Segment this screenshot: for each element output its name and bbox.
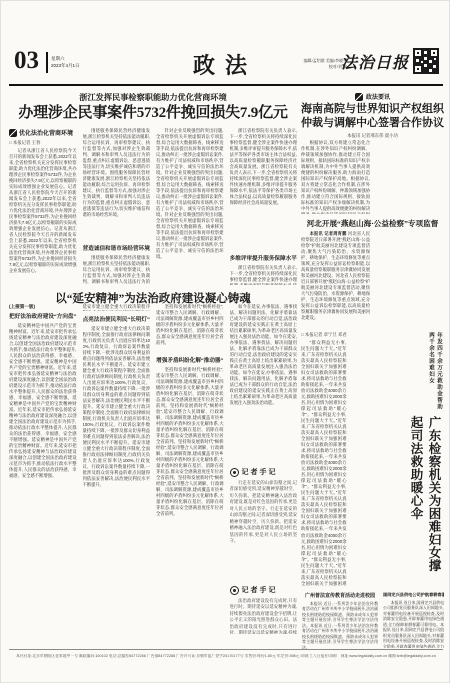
weekday: 星期六 [51,56,80,63]
middle-story-col-4: 如今在延安,办事依法、遇事找法、解决问题用法、化解矛盾靠法已成为干部群众的行动自… [230,304,298,646]
right-news-tag: 政法要讯 [301,92,444,101]
footer-rule [9,649,443,650]
guangdong-body-wrap: “群众利益无小事,民生问题大于天。”近年来,广东省检察机关认真落实最高人民检察院… [301,340,397,587]
hebei-lead: 本报讯 记者周宵鹏 [310,231,348,236]
middle-subhead-3: 增强矛盾纠纷化解“推动器” [156,356,224,364]
top-story-body-4b: 浙江省检察院有关负责人表示,下一步,全省检察机关将持续深化民事检察监督,健全涉企… [230,265,298,285]
middle-body-4: 如今在延安,办事依法、遇事找法、解决问题用法、化解矛盾靠法已成为干部群众的行动自… [230,304,298,462]
section-title: 政法 [193,49,257,80]
qr-code-icon [413,48,439,74]
reporter-notes-b: 记者手记 法治政府建设没有完成时,只有进行时。期待延安以延安精神为魂,持续擦亮法… [230,585,298,634]
brief-dingxing: 国网定兴县供电公司护航春耕春灌 本报讯 连日来,国网定兴县供电公司组织党员服务队… [383,592,444,648]
date: 2023年4月1日 [51,63,80,70]
brief-guangzhou-title: 广州普法宣传教育活动走进校园 [302,592,378,599]
middle-story-col-1: (上接第一版) 把好法治政府建设“方向盘” 延安精神是中国共产党的宝贵精神财富。… [9,304,77,646]
editors-line-2: 校对/刘 伟 [267,64,347,70]
date-block: 星期六 2023年4月1日 [51,56,80,70]
top-story-tag: 优化法治化营商环境 [9,128,77,137]
hebei-body-text: 河北省人民检察院近日部署开展“燕赵山海·公益检察”护航美丽河北建设专项监督活动,… [301,231,370,320]
top-story-subhead-2: 营造诚信和谐市场经营环境 [83,244,151,252]
gavel-icon [355,93,363,101]
middle-body-3b: 坚持和发展新时代“枫桥经验”,延安市整合人民调解、行政调解、司法调解资源,建成覆… [156,367,224,639]
reporter-notes-b-header: 记者手记 [230,585,298,595]
hebei-body-wrap: 本报讯 记者周宵鹏 河北省人民检察院近日部署开展“燕赵山海·公益检察”护航美丽河… [301,231,444,327]
newspaper-page: 03 星期六 2023年4月1日 政法 编辑/孟绍群 美编/李晓军 校对/刘 伟… [0,0,450,683]
top-story-body-2a: 围绕服务保障民营经济健康发展,浙江检察机关坚持依法能动履职,综合运用抗诉、再审检… [83,128,151,240]
guangdong-vertical-headline: 广东检察机关为困难妇女撑起司法救助暖心伞 [407,416,443,584]
middle-story-col-2: 延安市建立健全重大行政决策程序制度,全面推行政府法律顾问制度,行政机关负责人出庭… [83,304,151,646]
brief-guangzhou-body: 本报讯 近日,一系列青少年法治宣传教育活动在广州市多所中小学校园展开,法治副校长… [302,601,378,649]
middle-story-col-3: 坚持和发展新时代“枫桥经验”,延安市整合人民调解、行政调解、司法调解资源,建成覆… [156,304,224,646]
page-number: 03 [14,47,39,75]
page-number-divider [46,52,48,73]
top-story-col-2: 围绕服务保障民营经济健康发展,浙江检察机关坚持依法能动履职,综合运用抗诉、再审检… [83,128,151,289]
hainan-byline: 本报讯 记者邢东伟 翟小功 [301,133,444,139]
hebei-body: 本报讯 记者周宵鹏 河北省人民检察院近日部署开展“燕赵山海·公益检察”护航美丽河… [301,231,370,327]
top-story-byline: □ 本报记者 王春 [9,140,77,146]
right-news-tag-label: 政法要讯 [366,92,390,101]
hainan-headline: 海南高院与世界知识产权组织 仲裁与调解中心签署合作协议 [301,103,444,131]
hainan-headline-line2: 仲裁与调解中心签署合作协议 [301,117,444,131]
middle-body-2a: 延安市建立健全重大行政决策程序制度,全面推行政府法律顾问制度,行政机关负责人出庭… [83,304,151,311]
middle-body-3a: 坚持和发展新时代“枫桥经验”,延安市整合人民调解、行政调解、司法调解资源,建成覆… [156,304,224,352]
hainan-body: 根据协议,双方将建立常态化合作机制,在涉外知识产权纠纷调解、仲裁领域加强协作,推… [301,140,370,214]
brief-dingxing-body: 本报讯 连日来,国网定兴县供电公司组织党员服务队深入田间地头,对春灌用电设备开展… [383,600,444,648]
masthead-logo: 法治日报 [341,50,409,73]
top-story-headline: 办理涉企民事案件5732件挽回损失7.9亿元 [9,101,297,122]
top-story-columns: 优化法治化营商环境 □ 本报记者 王春 记者从浙江省人民检察院今天召开的新闻发布… [9,128,297,289]
header-rule [9,84,443,86]
guangdong-byline: □ 本报记者 章宁旦 邓君 [301,332,401,338]
scale-icon [9,129,17,137]
reporter-notes-b-title: 记者手记 [242,585,278,595]
top-story-subhead-4: 多维评审提升服务保障水平 [230,254,298,262]
top-story-body-4a: 浙江省检察院有关负责人表示,下一步,全省检察机关将持续深化民事检察监督,健全涉企… [230,128,298,250]
top-story-tag-label: 优化法治化营商环境 [19,128,73,137]
reporter-notes-a: 记者手记 行走在延安的山峁沟壑之间,记者深切感受到,延安精神穿越时空、历久弥新。… [230,467,298,580]
continued-label: (上接第一版) [9,304,77,310]
top-story-body-1: 记者从浙江省人民检察院今天召开的新闻发布会上获悉,2022年以来,全省检察机关充… [9,148,77,286]
footer-publication-info: 本社社址:北京市朝阳区花家地甲一号 邮政编码:100102 电话:总编室8477… [9,654,443,659]
hebei-headline: 河北开展“燕赵山海·公益检察”专项监督 [301,218,444,229]
hainan-body-wrap: 根据协议,双方将建立常态化合作机制,在涉外知识产权纠纷调解、仲裁领域加强协作,推… [301,140,444,214]
reporter-notes-b-body: 法治政府建设没有完成时,只有进行时。期待延安以延安精神为魂,持续擦亮法治政府建设… [230,598,298,634]
middle-story-columns: (上接第一版) 把好法治政府建设“方向盘” 延安精神是中国共产党的宝贵精神财富。… [9,304,297,646]
middle-subhead-1: 把好法治政府建设“方向盘” [9,312,77,320]
top-story-body-3: 针对企业反映强烈的突出问题,全省检察机关开展虚假诉讼专项监督,综合运用大数据筛查… [156,128,224,289]
top-story-col-3: 针对企业反映强烈的突出问题,全省检察机关开展虚假诉讼专项监督,综合运用大数据筛查… [156,128,224,289]
middle-body-1: 延安精神是中国共产党的宝贵精神财富。近年来,延安市把传承弘扬延安精神与法治政府建… [9,323,77,641]
guangdong-vertical-kicker: 年发四千余万元救助金帮助两千余名困难妇女 [407,332,443,416]
brief-dingxing-title: 国网定兴县供电公司护航春耕春灌 [383,592,444,598]
top-story-body-2b: 围绕服务保障民营经济健康发展,浙江检察机关坚持依法能动履职,综合运用抗诉、再审检… [83,255,151,285]
pen-circle-icon [230,586,239,595]
middle-body-2b: 延安市建立健全重大行政决策程序制度,全面推行政府法律顾问制度,行政机关负责人出庭… [83,326,151,638]
reporter-notes-a-header: 记者手记 [230,467,298,477]
top-story-col-1: 优化法治化营商环境 □ 本报记者 王春 记者从浙江省人民检察院今天召开的新闻发布… [9,128,77,289]
hainan-headline-line1: 海南高院与世界知识产权组织 [301,103,444,117]
brief-guangzhou: 广州普法宣传教育活动走进校园 本报讯 近日,一系列青少年法治宣传教育活动在广州市… [302,592,378,649]
middle-subhead-2: 点亮法治便民利民“长明灯” [83,315,151,323]
editors-block: 编辑/孟绍群 美编/李晓军 校对/刘 伟 [267,58,347,71]
pen-circle-icon [230,468,239,477]
guangdong-body: “群众利益无小事,民生问题大于天。”近年来,广东省检察机关认真落实最高人民检察院… [301,340,347,587]
reporter-notes-a-body: 行走在延安的山峁沟壑之间,记者深切感受到,延安精神穿越时空、历久弥新。把延安精神… [230,480,298,580]
top-story-col-4: 浙江省检察院有关负责人表示,下一步,全省检察机关将持续深化民事检察监督,健全涉企… [230,128,298,289]
reporter-notes-a-title: 记者手记 [242,467,278,477]
guangdong-vertical-headline-block: 年发四千余万元救助金帮助两千余名困难妇女 广东检察机关为困难妇女撑起司法救助暖心… [407,332,443,584]
